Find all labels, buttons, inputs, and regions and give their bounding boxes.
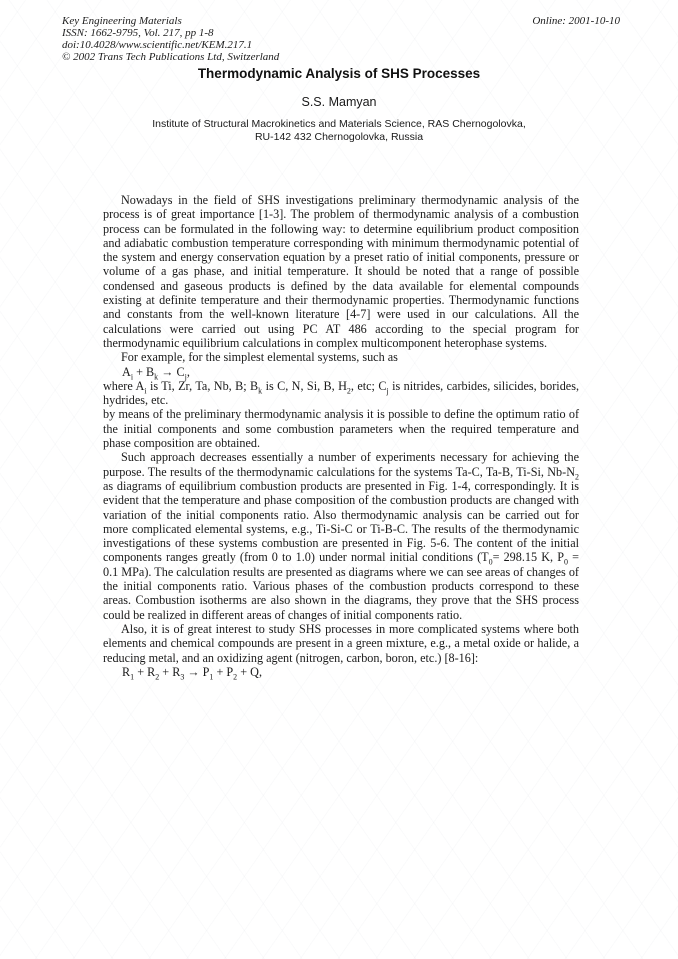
paper-title: Thermodynamic Analysis of SHS Processes [0, 66, 678, 81]
paragraph-introduction: Nowadays in the field of SHS investigati… [103, 193, 579, 350]
equation-elemental-system: Ai + Bk → Cj, [103, 365, 579, 379]
copyright-line: © 2002 Trans Tech Publications Ltd, Swit… [62, 51, 279, 63]
paragraph-also-interest: Also, it is of great interest to study S… [103, 622, 579, 665]
author-name: S.S. Mamyan [0, 95, 678, 109]
doi-line: doi:10.4028/www.scientific.net/KEM.217.1 [62, 39, 279, 51]
journal-header: Key Engineering Materials ISSN: 1662-979… [62, 15, 279, 63]
article-body: Nowadays in the field of SHS investigati… [103, 193, 579, 679]
paragraph-such-approach: Such approach decreases essentially a nu… [103, 450, 579, 622]
paragraph-by-means: by means of the preliminary thermodynami… [103, 407, 579, 450]
affiliation-line-2: RU-142 432 Chernogolovka, Russia [0, 131, 678, 144]
online-date: Online: 2001-10-10 [532, 15, 620, 27]
paragraph-where-clause: where Ai is Ti, Zr, Ta, Nb, B; Bk is C, … [103, 379, 579, 408]
paragraph-for-example: For example, for the simplest elemental … [103, 350, 579, 364]
affiliation: Institute of Structural Macrokinetics an… [0, 118, 678, 144]
affiliation-line-1: Institute of Structural Macrokinetics an… [0, 118, 678, 131]
equation-complicated-system: R1 + R2 + R3 → P1 + P2 + Q, [103, 665, 579, 679]
issn-volume-line: ISSN: 1662-9795, Vol. 217, pp 1-8 [62, 27, 279, 39]
scanned-paper-page: Key Engineering Materials ISSN: 1662-979… [0, 0, 678, 959]
journal-name: Key Engineering Materials [62, 15, 279, 27]
